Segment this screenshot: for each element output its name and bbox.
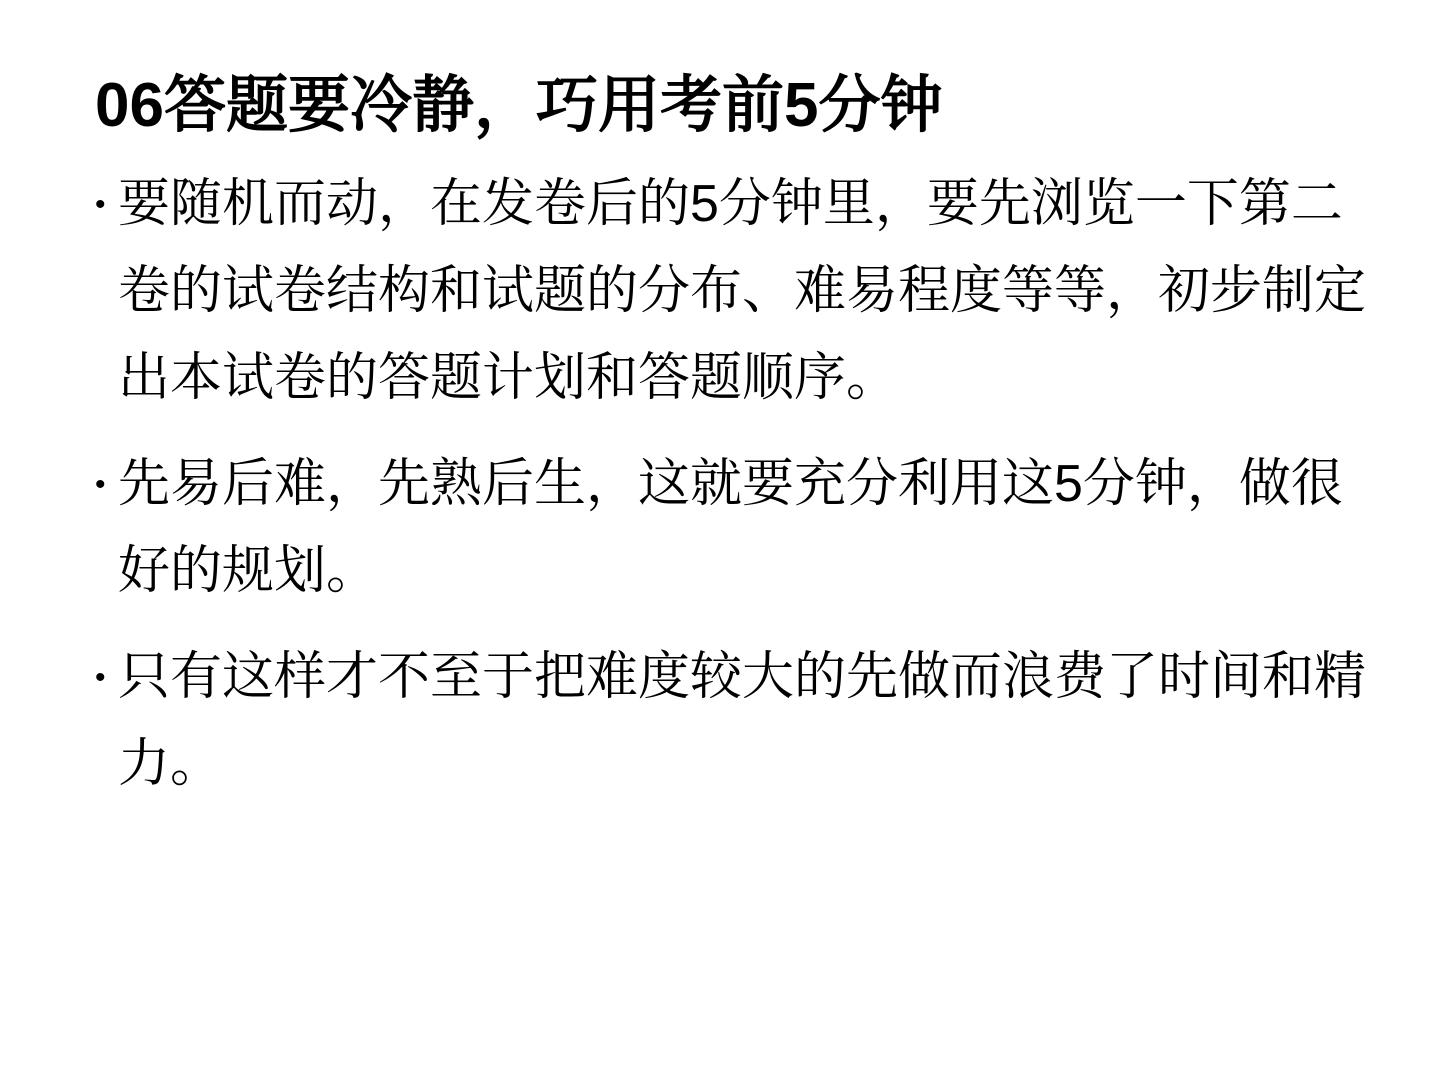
- bullet-marker: •: [95, 634, 118, 721]
- bullet-item: • 只有这样才不至于把难度较大的先做而浪费了时间和精力。: [95, 634, 1385, 808]
- bullet-item: • 要随机而动，在发卷后的5分钟里，要先浏览一下第二卷的试卷结构和试题的分布、难…: [95, 161, 1385, 422]
- bullet-marker: •: [95, 161, 118, 248]
- bullet-text: 先易后难，先熟后生，这就要充分利用这5分钟，做很好的规划。: [118, 441, 1380, 615]
- presentation-slide: 06答题要冷静，巧用考前5分钟 • 要随机而动，在发卷后的5分钟里，要先浏览一下…: [0, 0, 1440, 1080]
- bullet-text: 只有这样才不至于把难度较大的先做而浪费了时间和精力。: [118, 634, 1380, 808]
- bullet-text: 要随机而动，在发卷后的5分钟里，要先浏览一下第二卷的试卷结构和试题的分布、难易程…: [118, 161, 1380, 422]
- bullet-item: • 先易后难，先熟后生，这就要充分利用这5分钟，做很好的规划。: [95, 441, 1385, 615]
- slide-title: 06答题要冷静，巧用考前5分钟: [95, 68, 1385, 144]
- bullet-marker: •: [95, 441, 118, 528]
- bullet-list: • 要随机而动，在发卷后的5分钟里，要先浏览一下第二卷的试卷结构和试题的分布、难…: [95, 161, 1385, 808]
